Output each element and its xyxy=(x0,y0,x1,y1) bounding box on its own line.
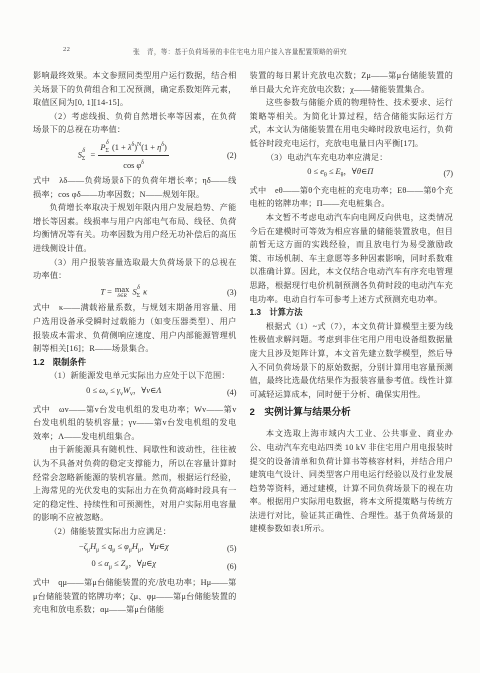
equation-7-body: 0 ≤ eθ ≤ Eθ，∀θ∈Π xyxy=(250,166,432,182)
equation-5-body: −ζμHμ ≤ qμ ≤ φμHμ，∀μ∈χ xyxy=(33,541,215,557)
section-heading-2: 2 实例计算与结果分析 xyxy=(250,406,454,420)
equation-2: SδΣ = PδΣ(1 + λδ)N(1 + ηδ)cos φδ (2) xyxy=(33,139,237,172)
left-column: 影响最终效果。本文参照同类型用户运行数据，结合相关场景下的负荷组合和工况预测，确… xyxy=(33,69,237,617)
subsection-heading-1-3: 1.3 计算方法 xyxy=(250,306,454,320)
equation-2-body: SδΣ = PδΣ(1 + λδ)N(1 + ηδ)cos φδ xyxy=(33,139,215,172)
equation-3: T = maxδ∈R SδΣκ (3) xyxy=(33,285,237,300)
equation-6-number: (6) xyxy=(215,562,237,571)
equation-7: 0 ≤ eθ ≤ Eθ，∀θ∈Π (7) xyxy=(250,166,454,182)
equation-5-number: (5) xyxy=(215,544,237,553)
paragraph: （1）新能源发电单元实际出力应处于以下范围： xyxy=(33,369,237,383)
equation-4-number: (4) xyxy=(215,388,237,397)
paragraph: （3）电动汽车充电功率应满足： xyxy=(250,151,454,165)
paragraph: （2）考虑线损、负荷自然增长率等因素，在负荷场景下的总视在功率值： xyxy=(33,110,237,137)
equation-6-body: 0 ≤ αμ ≤ Zμ，∀μ∈χ xyxy=(33,558,215,574)
equation-3-number: (3) xyxy=(215,288,237,297)
paragraph: 这些参数与储能介质的物理特性、技术要求、运行策略等相关。为简化计算过程，结合储能… xyxy=(250,96,454,150)
paragraph: 式中 ωv——第v台发电机组的发电功率；Wv——第v台发电机组的装机容量；γv—… xyxy=(33,403,237,444)
paragraph: 本文暂不考虑电动汽车向电网反向供电，这类情况今后在建模时可等效为相应容量的储能装… xyxy=(250,211,454,306)
equation-4: 0 ≤ ωv ≤ γvWv，∀v∈Λ (4) xyxy=(33,385,237,401)
page-number: 22 xyxy=(63,46,70,53)
paper-page: 22 张 青，等：基于负荷场景的非住宅电力用户接入容量配置策略的研究 影响最终效… xyxy=(0,0,480,673)
equation-7-number: (7) xyxy=(431,169,453,178)
equation-5: −ζμHμ ≤ qμ ≤ φμHμ，∀μ∈χ (5) xyxy=(33,541,237,557)
paragraph: 式中 κ——满载裕量系数，与规划末期备用容量、用户选用设备承受瞬时过载能力（如变… xyxy=(33,301,237,355)
equation-6: 0 ≤ αμ ≤ Zμ，∀μ∈χ (6) xyxy=(33,558,237,574)
equation-2-number: (2) xyxy=(215,151,237,160)
right-column: 装置的每日累计充放电次数；Zμ——第μ台储能装置的单日最大允许充放电次数；χ——… xyxy=(250,69,454,617)
paragraph: （3）用户报装容量选取最大负荷场景下的总视在功率值： xyxy=(33,256,237,283)
running-header: 22 张 青，等：基于负荷场景的非住宅电力用户接入容量配置策略的研究 xyxy=(0,46,480,57)
paragraph: 本文选取上海市域内大工业、公共事业、商业办公、电动汽车充电站四类 10 kV 非… xyxy=(250,427,454,536)
two-column-body: 影响最终效果。本文参照同类型用户运行数据，结合相关场景下的负荷组合和工况预测，确… xyxy=(33,69,453,617)
paragraph: 根据式（1）~式（7），本文负荷计算模型主要为线性极值求解问题。考虑到非住宅用户… xyxy=(250,320,454,402)
subsection-heading-1-2: 1.2 限制条件 xyxy=(33,356,237,370)
equation-4-body: 0 ≤ ωv ≤ γvWv，∀v∈Λ xyxy=(33,385,215,401)
equation-3-body: T = maxδ∈R SδΣκ xyxy=(33,285,215,300)
paragraph: 式中 λδ——负荷场景δ下的负荷年增长率；ηδ——线损率；cos φδ——功率因… xyxy=(33,174,237,201)
paragraph: 由于新能源具有随机性、间歇性和波动性，往往被认为不具备对负荷的稳定支撑能力，所以… xyxy=(33,443,237,525)
paragraph: 式中 qμ——第μ台储能装置的充/放电功率；Hμ——第μ台储能装置的铭牌功率；ζ… xyxy=(33,576,237,617)
paragraph: 负荷增长率取决于规划年限内用户发展趋势、产能增长等因素。线损率与用户内部电气布局… xyxy=(33,201,237,255)
running-title: 张 青，等：基于负荷场景的非住宅电力用户接入容量配置策略的研究 xyxy=(133,49,347,56)
paragraph: 影响最终效果。本文参照同类型用户运行数据，结合相关场景下的负荷组合和工况预测，确… xyxy=(33,69,237,110)
paragraph: （2）储能装置实际出力应满足： xyxy=(33,525,237,539)
paragraph: 式中 eθ——第θ个充电桩的充电功率；Eθ——第θ个充电桩的铭牌功率；Π——充电… xyxy=(250,184,454,211)
paragraph: 装置的每日累计充放电次数；Zμ——第μ台储能装置的单日最大允许充放电次数；χ——… xyxy=(250,69,454,96)
